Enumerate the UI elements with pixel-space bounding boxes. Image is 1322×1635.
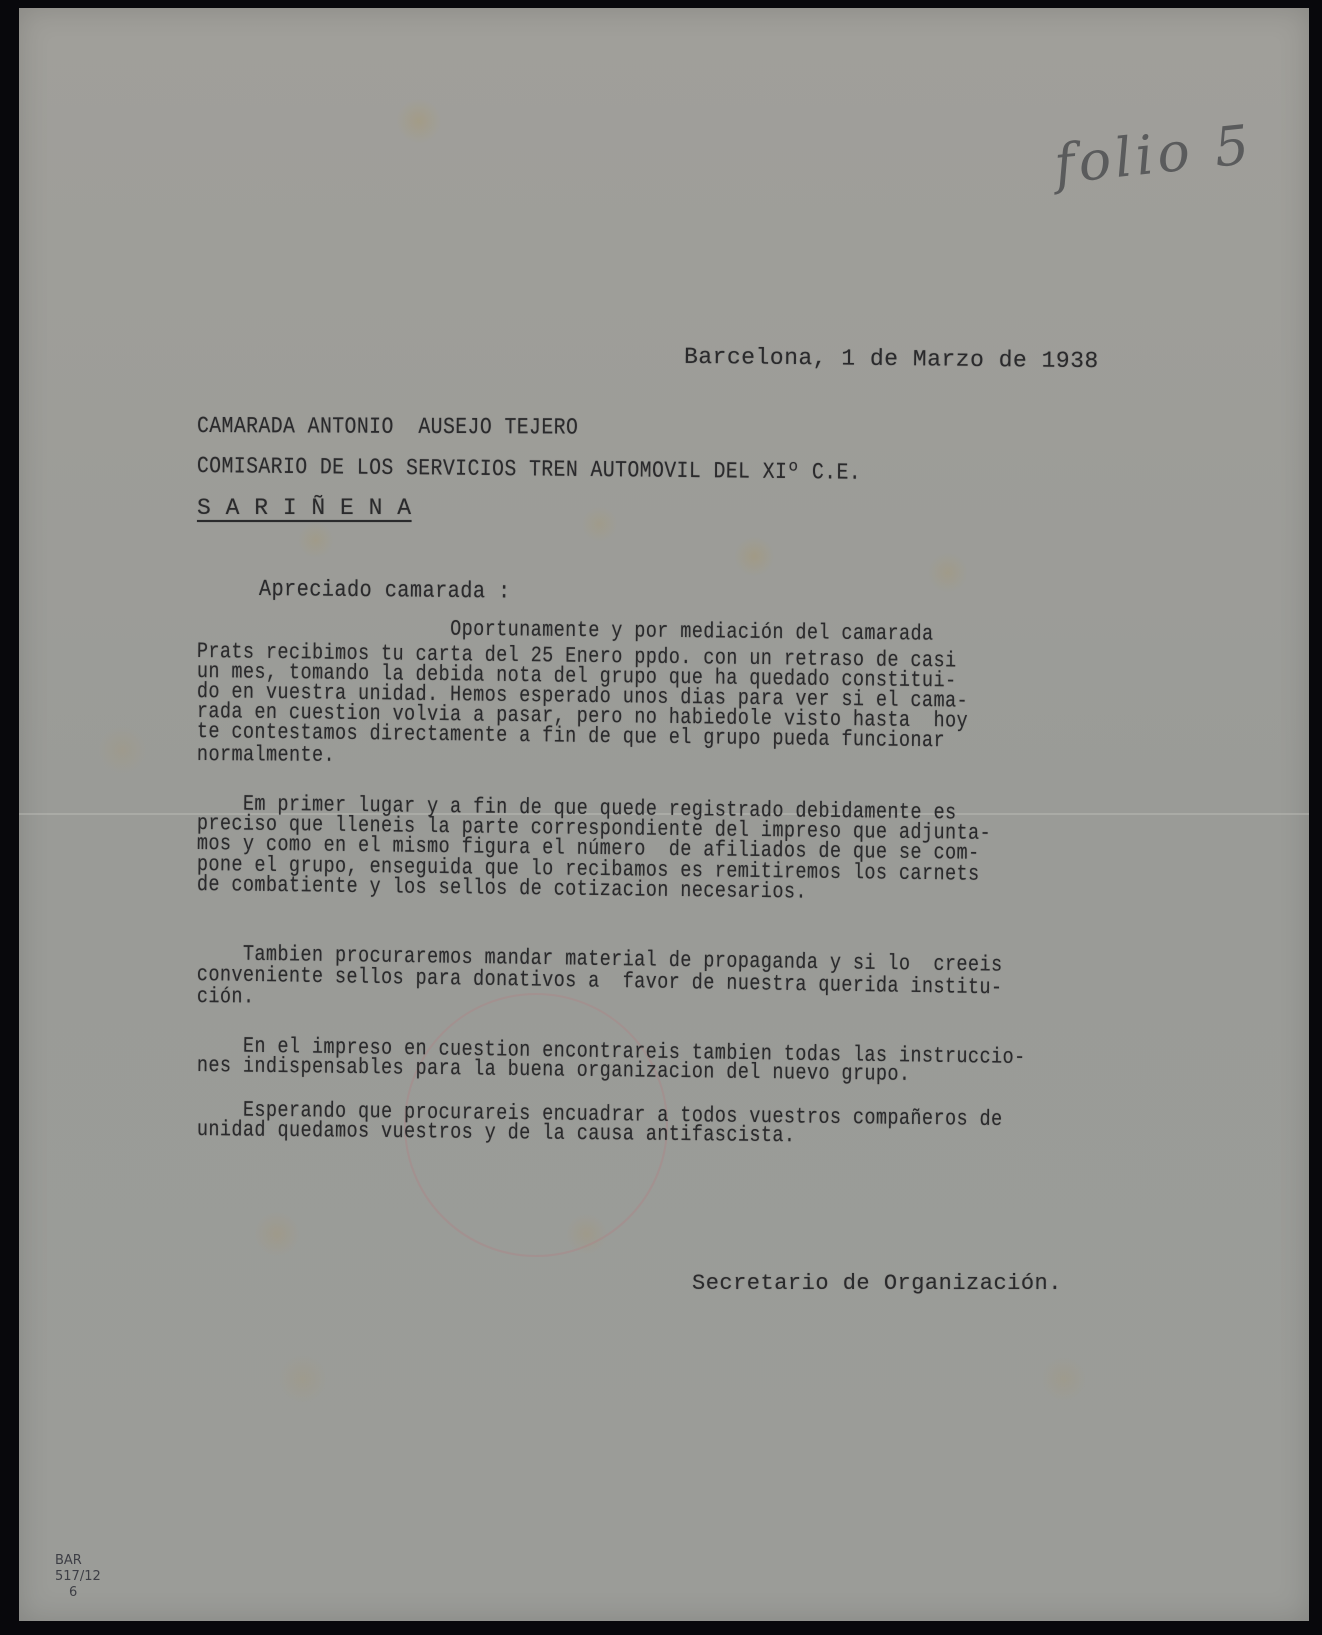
body-line: de combatiente y los sellos de cotizacio… [197, 874, 807, 904]
date-line: Barcelona, 1 de Marzo de 1938 [684, 346, 1099, 373]
archive-ref-line: BAR [55, 1553, 101, 1569]
signature-block: Secretario de Organización. [692, 1273, 1062, 1295]
archive-ref-line: 517/12 [55, 1569, 101, 1585]
letter-page: folio 5 Barcelona, 1 de Marzo de 1938 CA… [19, 8, 1309, 1621]
archive-ref-line: 6 [55, 1585, 101, 1601]
body-line: ción. [197, 986, 255, 1008]
body-line: nes indispensables para la buena organiz… [197, 1055, 911, 1086]
body-line: unidad quedamos vuestros y de la causa a… [197, 1119, 796, 1147]
folio-annotation: folio 5 [1051, 113, 1256, 196]
recipient-name: CAMARADA ANTONIO AUSEJO TEJERO [197, 415, 578, 440]
recipient-place: S A R I Ñ E N A [197, 497, 412, 520]
archive-reference: BAR 517/12 6 [55, 1553, 101, 1601]
salutation: Apreciado camarada : [259, 578, 511, 603]
recipient-title: COMISARIO DE LOS SERVICIOS TREN AUTOMOVI… [197, 455, 861, 485]
body-line: normalmente. [197, 744, 335, 767]
